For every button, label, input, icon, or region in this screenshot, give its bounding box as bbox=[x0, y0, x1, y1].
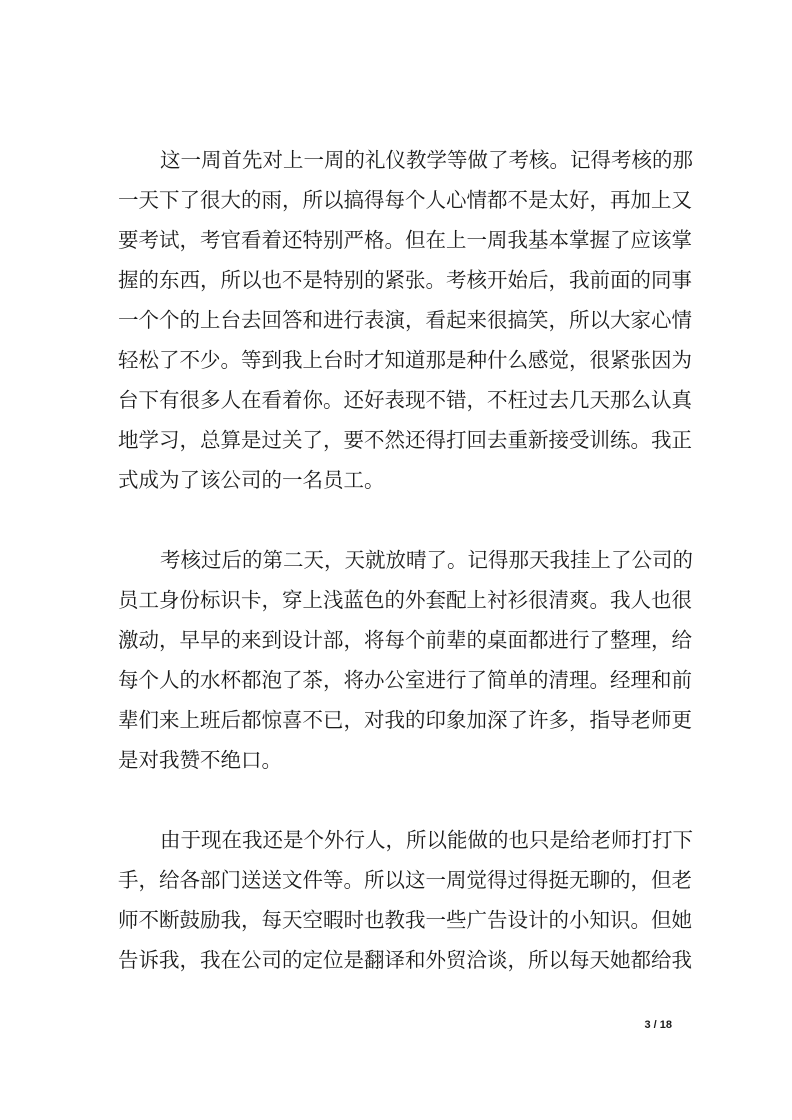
text-line: 员工身份标识卡，穿上浅蓝色的外套配上衬衫很清爽。我人也很 bbox=[118, 580, 674, 620]
text-line: 每个人的水杯都泡了茶，将办公室进行了简单的清理。经理和前 bbox=[118, 660, 674, 700]
text-line: 激动，早早的来到设计部，将每个前辈的桌面都进行了整理，给 bbox=[118, 620, 674, 660]
paragraph-exam: 这一周首先对上一周的礼仪教学等做了考核。记得考核的那 一天下了很大的雨，所以搞得… bbox=[118, 140, 674, 500]
text-line: 地学习，总算是过关了，要不然还得打回去重新接受训练。我正 bbox=[118, 420, 674, 460]
page-number: 3 / 18 bbox=[644, 1019, 672, 1031]
text-line: 要考试，考官看着还特别严格。但在上一周我基本掌握了应该掌 bbox=[118, 220, 674, 260]
text-line: 轻松了不少。等到我上台时才知道那是种什么感觉，很紧张因为 bbox=[118, 340, 674, 380]
text-line: 这一周首先对上一周的礼仪教学等做了考核。记得考核的那 bbox=[118, 140, 674, 180]
text-line: 一天下了很大的雨，所以搞得每个人心情都不是太好，再加上又 bbox=[118, 180, 674, 220]
text-line: 式成为了该公司的一名员工。 bbox=[118, 460, 674, 500]
text-line: 一个个的上台去回答和进行表演，看起来很搞笑，所以大家心情 bbox=[118, 300, 674, 340]
text-line: 辈们来上班后都惊喜不已，对我的印象加深了许多，指导老师更 bbox=[118, 700, 674, 740]
document-page: 这一周首先对上一周的礼仪教学等做了考核。记得考核的那 一天下了很大的雨，所以搞得… bbox=[0, 0, 792, 1120]
text-line: 握的东西，所以也不是特别的紧张。考核开始后，我前面的同事 bbox=[118, 260, 674, 300]
paragraph-second-day: 考核过后的第二天，天就放晴了。记得那天我挂上了公司的 员工身份标识卡，穿上浅蓝色… bbox=[118, 540, 674, 780]
text-line: 由于现在我还是个外行人，所以能做的也只是给老师打打下 bbox=[118, 820, 674, 860]
paragraph-outsider: 由于现在我还是个外行人，所以能做的也只是给老师打打下 手，给各部门送送文件等。所… bbox=[118, 820, 674, 980]
text-line: 考核过后的第二天，天就放晴了。记得那天我挂上了公司的 bbox=[118, 540, 674, 580]
text-line: 是对我赞不绝口。 bbox=[118, 740, 674, 780]
text-line: 手，给各部门送送文件等。所以这一周觉得过得挺无聊的，但老 bbox=[118, 860, 674, 900]
document-body: 这一周首先对上一周的礼仪教学等做了考核。记得考核的那 一天下了很大的雨，所以搞得… bbox=[118, 140, 674, 1020]
text-line: 台下有很多人在看着你。还好表现不错，不枉过去几天那么认真 bbox=[118, 380, 674, 420]
text-line: 告诉我，我在公司的定位是翻译和外贸洽谈，所以每天她都给我 bbox=[118, 940, 674, 980]
text-line: 师不断鼓励我，每天空暇时也教我一些广告设计的小知识。但她 bbox=[118, 900, 674, 940]
